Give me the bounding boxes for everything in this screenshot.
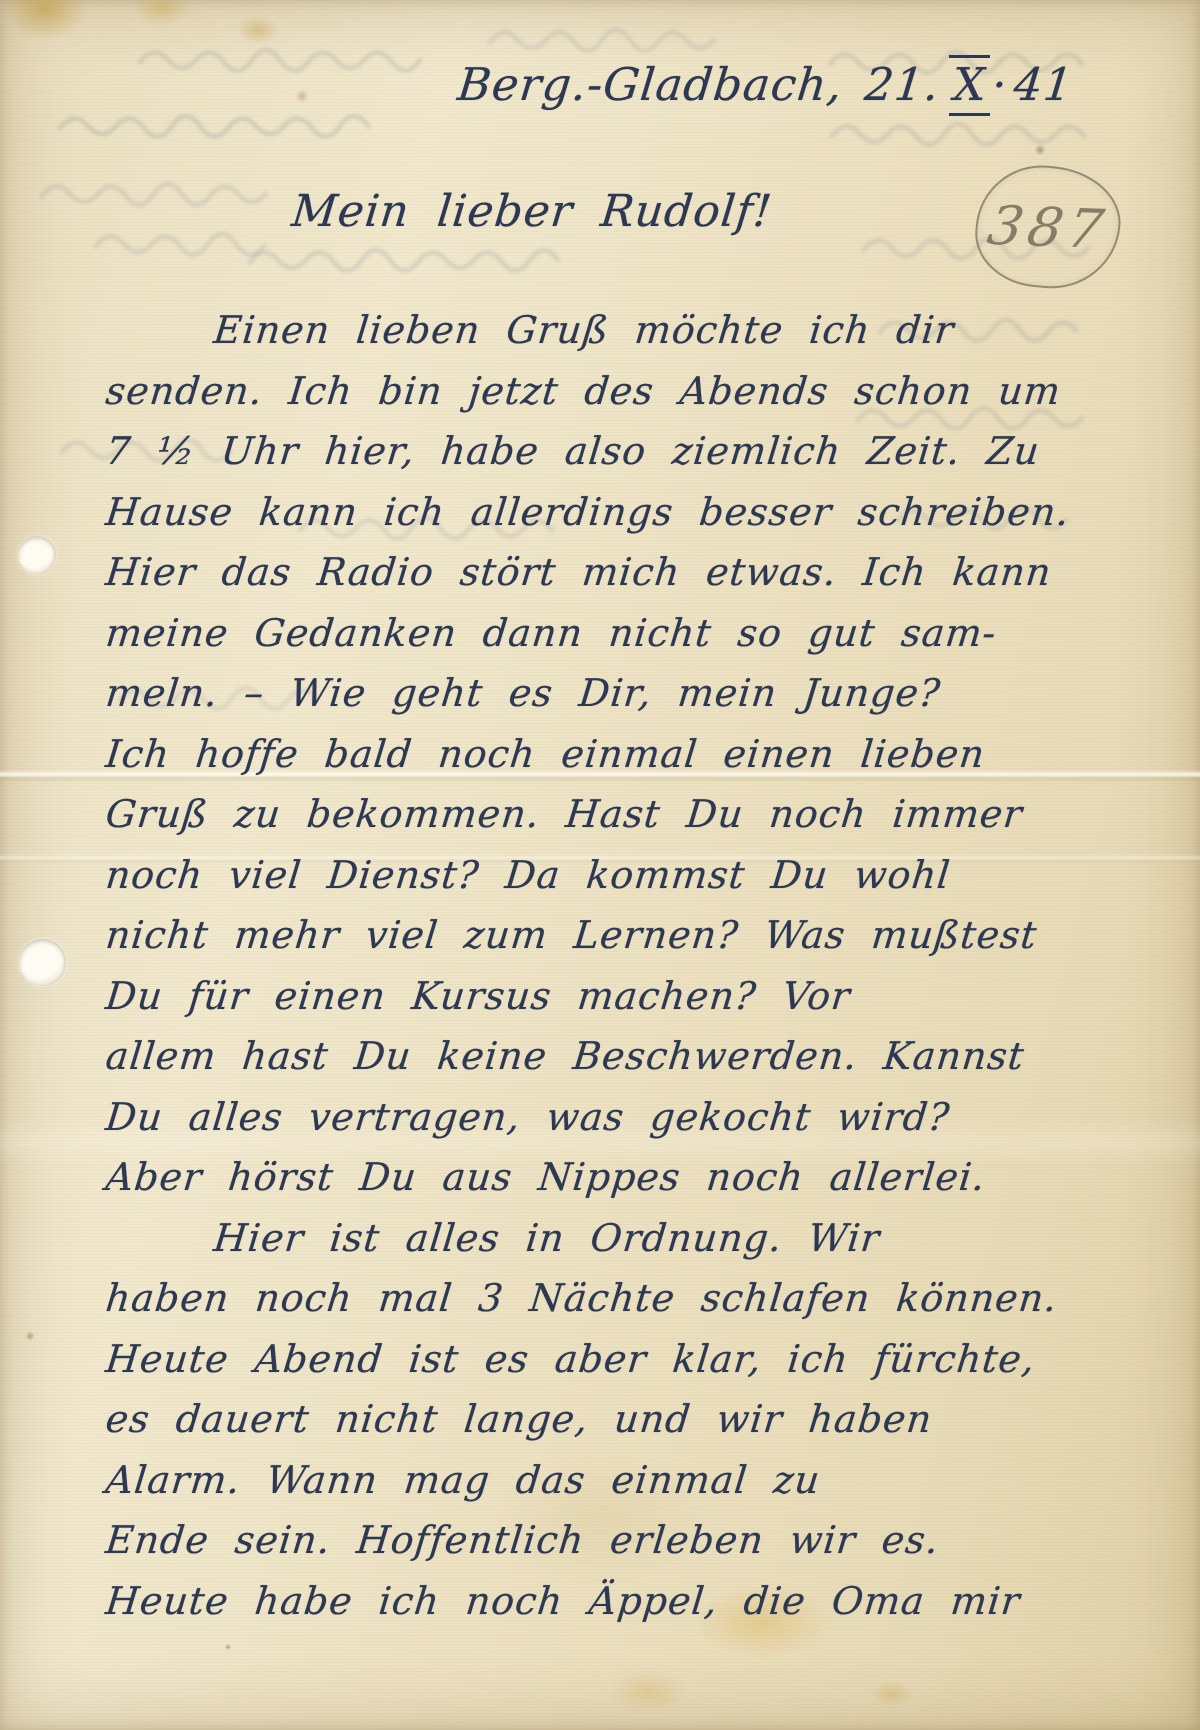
letter-line: 7 ½ Uhr hier, habe also ziemlich Zeit. Z… <box>103 421 1119 482</box>
date-year: 41 <box>1011 58 1076 111</box>
letter-line: Aber hörst Du aus Nippes noch allerlei. <box>103 1147 1119 1208</box>
punch-hole-top <box>18 536 56 574</box>
date-month-dot: · <box>992 58 1007 111</box>
date-day: 21. <box>862 58 942 111</box>
archival-number-badge: 387 <box>971 160 1125 294</box>
letter-line: Ich hoffe bald noch einmal einen lieben <box>103 724 1119 785</box>
letter-line: Alarm. Wann mag das einmal zu <box>103 1450 1119 1511</box>
letter-line: allem hast Du keine Beschwerden. Kannst <box>103 1026 1119 1087</box>
letter-line: Ende sein. Hoffentlich erleben wir es. <box>103 1510 1119 1571</box>
letter-line: Du alles vertragen, was gekocht wird? <box>103 1087 1119 1148</box>
letter-line: Gruß zu bekommen. Hast Du noch immer <box>103 784 1119 845</box>
letter-line: senden. Ich bin jetzt des Abends schon u… <box>103 361 1119 422</box>
date-month-roman: X <box>949 55 990 116</box>
date-line: Berg.-Gladbach,21.X·41 <box>458 58 1073 111</box>
letter-page: 387 Berg.-Gladbach,21.X·41 Mein lieber R… <box>0 0 1200 1730</box>
letter-line: Heute habe ich noch Äppel, die Oma mir <box>103 1571 1119 1632</box>
letter-line: Heute Abend ist es aber klar, ich fürcht… <box>103 1329 1119 1390</box>
letter-line: es dauert nicht lange, und wir haben <box>103 1389 1119 1450</box>
letter-line: Hause kann ich allerdings besser schreib… <box>103 482 1119 543</box>
letter-line: Hier ist alles in Ordnung. Wir <box>103 1208 1119 1269</box>
salutation: Mein lieber Rudolf! <box>289 186 774 237</box>
archival-number: 387 <box>983 194 1113 260</box>
letter-line: nicht mehr viel zum Lernen? Was mußtest <box>103 905 1119 966</box>
letter-body: Einen lieben Gruß möchte ich dirsenden. … <box>106 300 1116 1631</box>
letter-line: Einen lieben Gruß möchte ich dir <box>103 300 1119 361</box>
letter-line: meine Gedanken dann nicht so gut sam- <box>103 603 1119 664</box>
punch-hole-bottom <box>19 939 66 986</box>
letter-line: haben noch mal 3 Nächte schlafen können. <box>103 1268 1119 1329</box>
letter-line: noch viel Dienst? Da kommst Du wohl <box>103 845 1119 906</box>
letter-line: Du für einen Kursus machen? Vor <box>103 966 1119 1027</box>
letter-line: Hier das Radio stört mich etwas. Ich kan… <box>103 542 1119 603</box>
date-place: Berg.-Gladbach, <box>455 58 845 111</box>
letter-line: meln. – Wie geht es Dir, mein Junge? <box>103 663 1119 724</box>
